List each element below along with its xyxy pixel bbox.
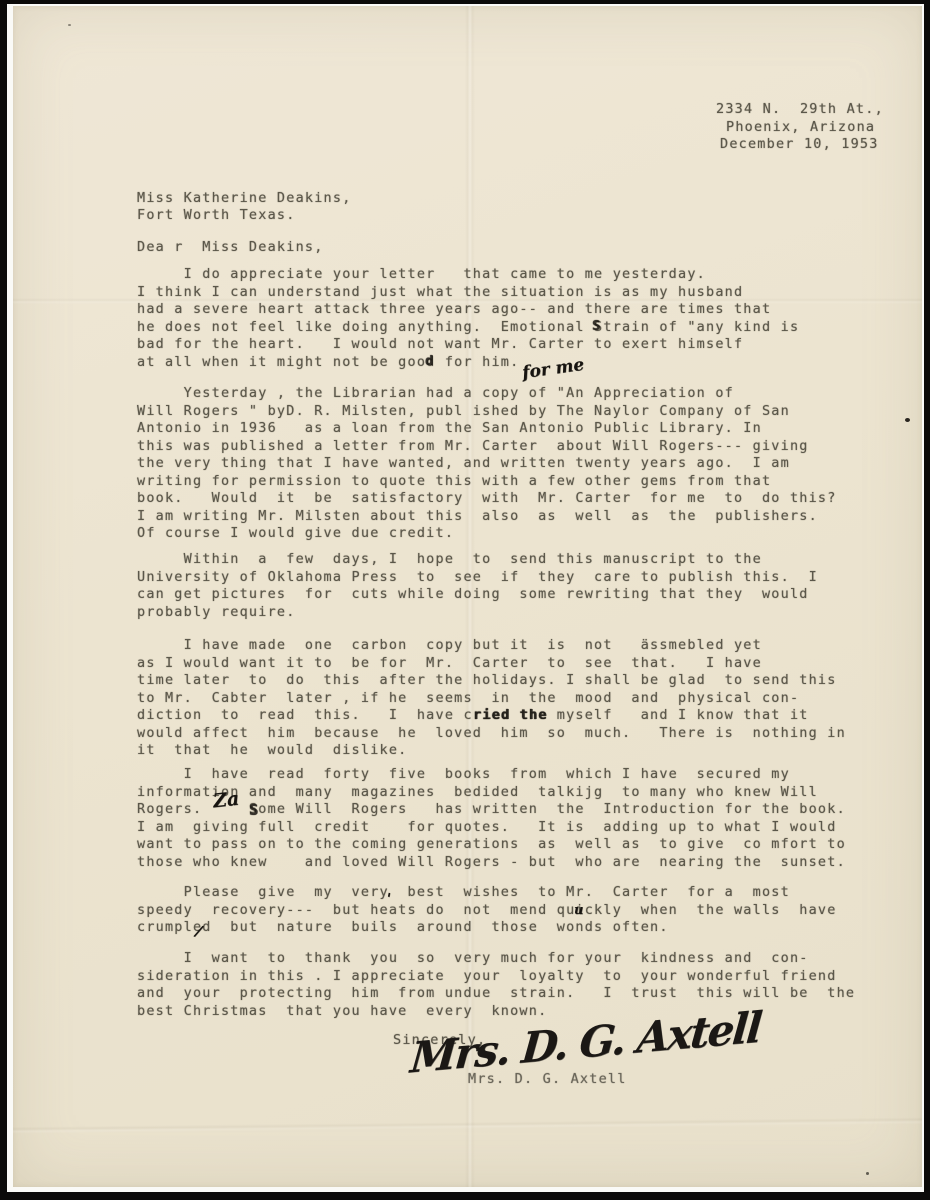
annotations-layer: for meZau'/Sdried theS	[0, 0, 930, 1200]
overstrike-mark: S	[592, 318, 601, 334]
overstrike-mark: d	[425, 353, 434, 369]
scanned-letter-screenshot: { "document": { "sender_lines": [ "2334 …	[0, 0, 930, 1200]
handwritten-annotation: for me	[521, 355, 586, 383]
overstrike-mark: ried the	[473, 707, 548, 723]
handwritten-annotation: u	[574, 903, 583, 918]
overstrike-mark: S	[249, 801, 259, 819]
handwritten-annotation: '	[384, 891, 392, 908]
handwritten-annotation: Za	[212, 788, 240, 813]
handwritten-annotation: /	[194, 922, 204, 941]
